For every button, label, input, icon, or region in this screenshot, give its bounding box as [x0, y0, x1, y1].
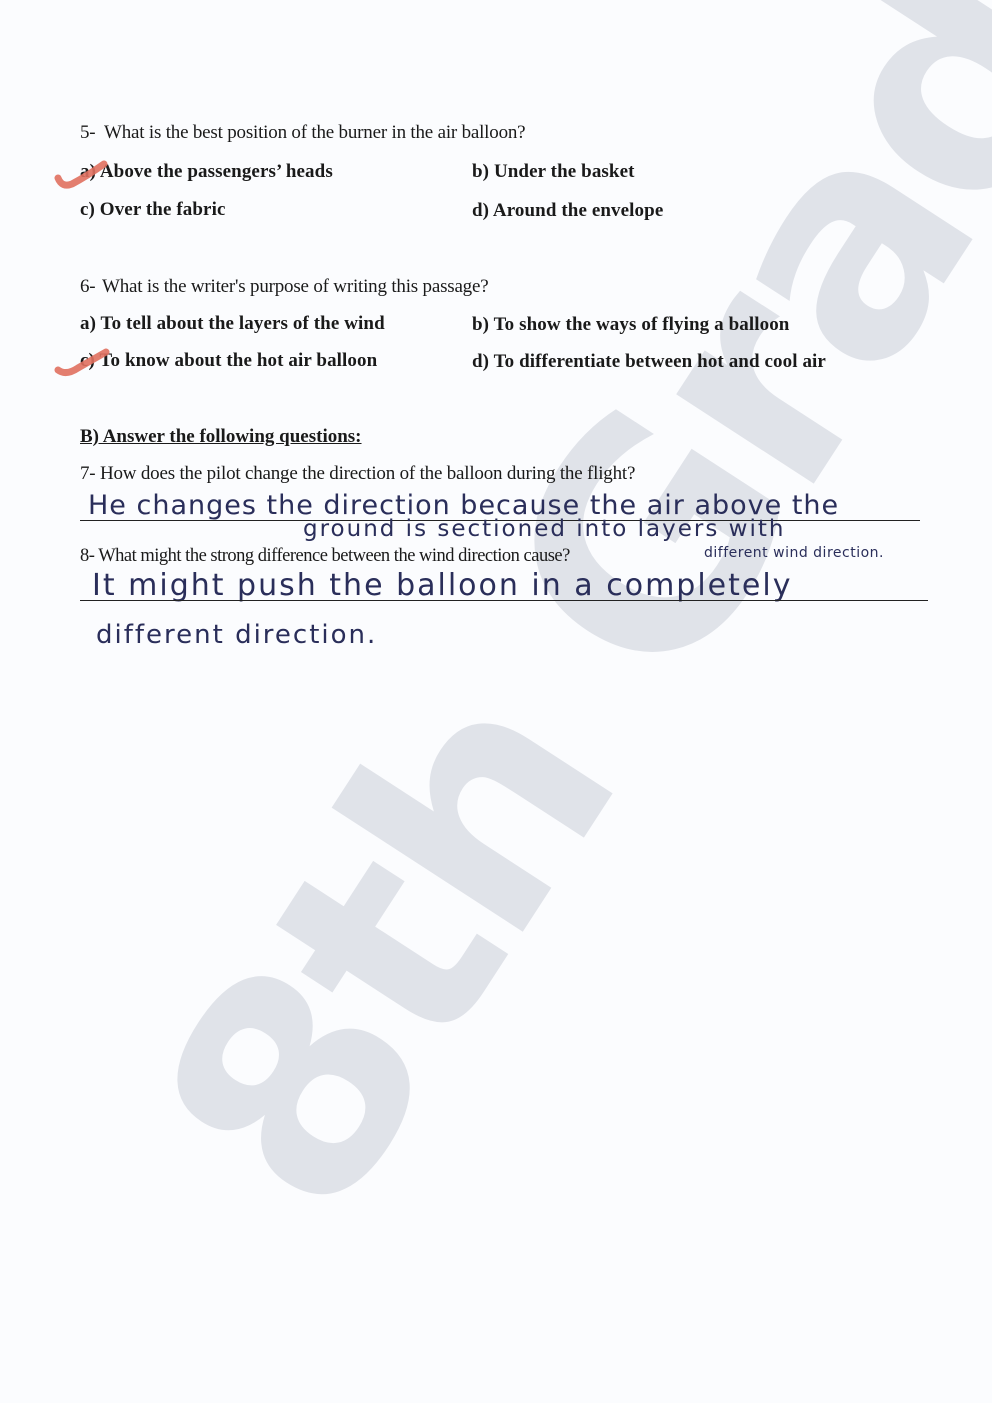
question-6: 6- What is the writer's purpose of writi…: [80, 276, 488, 298]
q5-option-a[interactable]: a) Above the passengers’ heads: [80, 161, 333, 183]
question-number: 5-: [80, 122, 95, 143]
q6-option-b[interactable]: b) To show the ways of flying a balloon: [472, 314, 789, 336]
checkmark-icon: [52, 348, 112, 380]
question-8: 8- What might the strong difference betw…: [80, 546, 570, 567]
section-b-heading: B) Answer the following questions:: [80, 426, 362, 448]
question-5: 5- What is the best position of the burn…: [80, 122, 525, 144]
question-text: What is the writer's purpose of writing …: [102, 276, 488, 297]
q7-answer-line3: different wind direction.: [704, 545, 884, 561]
q5-option-b[interactable]: b) Under the basket: [472, 161, 635, 183]
q6-option-c[interactable]: c) To know about the hot air balloon: [80, 350, 377, 372]
q6-option-d[interactable]: d) To differentiate between hot and cool…: [472, 351, 826, 373]
q7-answer-line2: ground is sectioned into layers with: [303, 516, 785, 542]
q5-option-d[interactable]: d) Around the envelope: [472, 200, 663, 222]
checkmark-icon: [52, 160, 112, 192]
question-7: 7- How does the pilot change the directi…: [80, 463, 635, 485]
question-text: What is the best position of the burner …: [104, 122, 525, 143]
question-number: 6-: [80, 276, 95, 297]
q6-option-a[interactable]: a) To tell about the layers of the wind: [80, 313, 385, 335]
answer-line: [80, 600, 928, 601]
q8-answer-line2: different direction.: [96, 620, 377, 650]
q8-answer-line1: It might push the balloon in a completel…: [92, 568, 792, 603]
q5-option-c[interactable]: c) Over the fabric: [80, 199, 225, 221]
